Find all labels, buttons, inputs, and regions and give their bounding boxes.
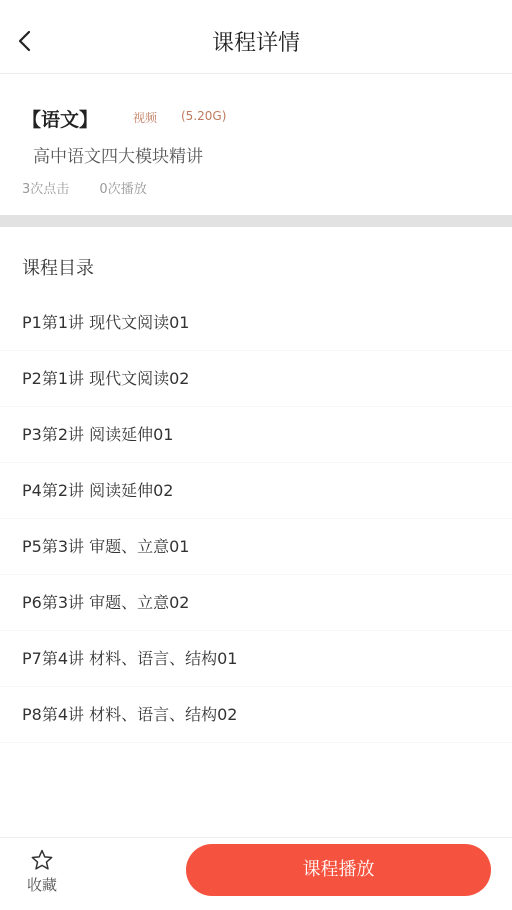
catalog-item[interactable]: P5第3讲 审题、立意01 — [0, 519, 512, 575]
catalog-item[interactable]: P6第3讲 审题、立意02 — [0, 575, 512, 631]
back-button[interactable] — [8, 24, 42, 58]
catalog-title: 课程目录 — [22, 254, 94, 280]
play-count: 0次播放 — [99, 182, 146, 197]
page-title: 课程详情 — [0, 0, 512, 74]
favorite-label: 收藏 — [27, 874, 57, 895]
course-stats: 3次点击 0次播放 — [22, 178, 173, 197]
course-info: 【语文】 视频 (5.20G) 高中语文四大模块精讲 3次点击 0次播放 — [0, 75, 512, 215]
catalog-list: P1第1讲 现代文阅读01 P2第1讲 现代文阅读02 P3第2讲 阅读延伸01… — [0, 295, 512, 743]
course-name: 高中语文四大模块精讲 — [33, 142, 203, 167]
course-detail-page: 课程详情 【语文】 视频 (5.20G) 高中语文四大模块精讲 3次点击 0次播… — [0, 0, 512, 910]
course-size: (5.20G) — [181, 109, 226, 123]
course-type-tag: 视频 — [133, 109, 157, 126]
chevron-left-icon — [17, 30, 33, 52]
play-course-button[interactable]: 课程播放 — [186, 844, 491, 896]
click-count: 3次点击 — [22, 182, 69, 197]
course-subject: 【语文】 — [22, 105, 98, 132]
favorite-button[interactable]: 收藏 — [12, 848, 72, 904]
catalog-item[interactable]: P4第2讲 阅读延伸02 — [0, 463, 512, 519]
section-divider — [0, 215, 512, 227]
catalog-item[interactable]: P8第4讲 材料、语言、结构02 — [0, 687, 512, 743]
catalog-item[interactable]: P2第1讲 现代文阅读02 — [0, 351, 512, 407]
bottom-bar: 收藏 课程播放 — [0, 837, 512, 910]
catalog-item[interactable]: P7第4讲 材料、语言、结构01 — [0, 631, 512, 687]
catalog-item[interactable]: P1第1讲 现代文阅读01 — [0, 295, 512, 351]
header: 课程详情 — [0, 0, 512, 74]
catalog-item[interactable]: P3第2讲 阅读延伸01 — [0, 407, 512, 463]
star-outline-icon — [30, 848, 54, 872]
